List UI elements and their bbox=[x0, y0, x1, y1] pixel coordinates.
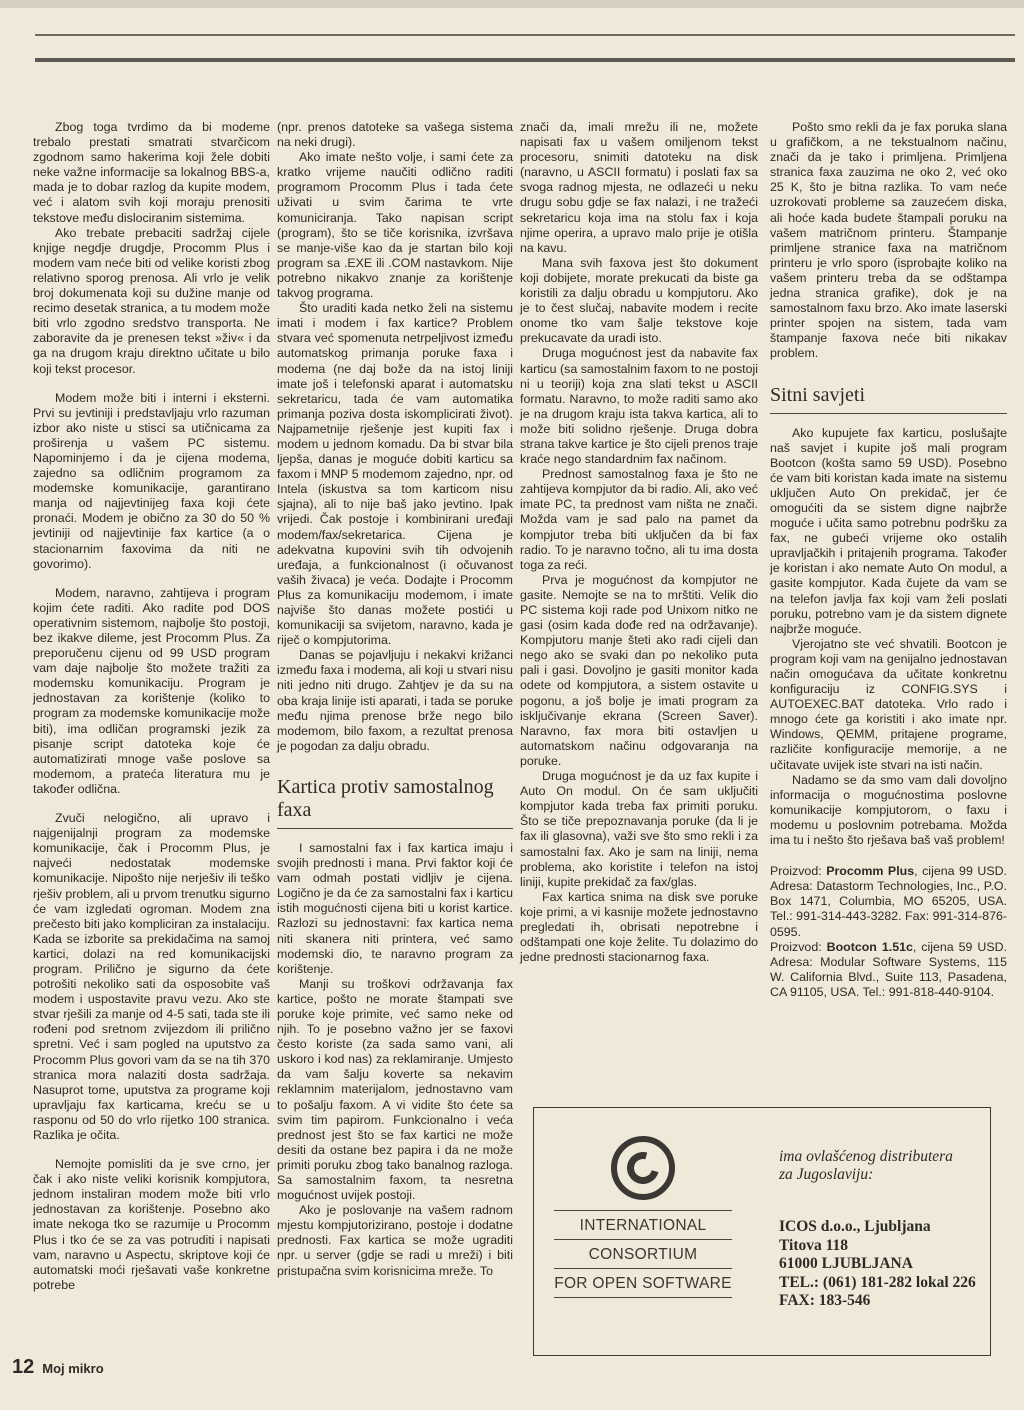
paragraph: Prednost samostalnog faxa je što ne zaht… bbox=[520, 467, 758, 573]
product-spec-procomm: Proizvod: Procomm Plus, cijena 99 USD. A… bbox=[770, 864, 1007, 939]
spec-label: Proizvod: bbox=[770, 864, 826, 878]
paragraph: Modem može biti i interni i eksterni. Pr… bbox=[33, 391, 270, 572]
paragraph: Mana svih faxova jest što dokument koji … bbox=[520, 256, 758, 347]
paragraph: Ako imate nešto volje, i sami ćete za kr… bbox=[277, 150, 513, 301]
paragraph: (npr. prenos datoteke sa vašega sistema … bbox=[277, 120, 513, 150]
address-line: 61000 LJUBLJANA bbox=[779, 1255, 976, 1274]
column-4: Pošto smo rekli da je fax poruka slana u… bbox=[770, 120, 1007, 1000]
paragraph: Fax kartica snima na disk sve poruke koj… bbox=[520, 890, 758, 965]
page-top-band bbox=[0, 0, 1024, 8]
page-footer: 12 Moj mikro bbox=[12, 1356, 104, 1379]
paragraph: Zbog toga tvrdimo da bi modeme trebalo p… bbox=[33, 120, 270, 226]
magazine-name: Moj mikro bbox=[42, 1361, 103, 1376]
address-line: FAX: 183-546 bbox=[779, 1292, 976, 1311]
paragraph: Pošto smo rekli da je fax poruka slana u… bbox=[770, 120, 1007, 362]
paragraph: Ako kupujete fax karticu, poslušajte naš… bbox=[770, 426, 1007, 637]
paragraph: Nemojte pomisliti da je sve crno, jer ča… bbox=[33, 1157, 270, 1293]
logo-line: FOR OPEN SOFTWARE bbox=[554, 1268, 732, 1298]
distributor-info: ima ovlašćenog distributera za Jugoslavi… bbox=[779, 1148, 976, 1311]
paragraph: Manji su troškovi održavanja fax kartice… bbox=[277, 977, 513, 1203]
paragraph: Danas se pojavljuju i nekakvi križanci i… bbox=[277, 648, 513, 754]
advertisement-box: INTERNATIONAL CONSORTIUM FOR OPEN SOFTWA… bbox=[533, 1107, 991, 1356]
product-spec-bootcon: Proizvod: Bootcon 1.51c, cijena 59 USD. … bbox=[770, 940, 1007, 1000]
paragraph: Što uraditi kada netko želi na sistemu i… bbox=[277, 301, 513, 648]
paragraph: Prva je mogućnost da kompjutor ne gasite… bbox=[520, 573, 758, 769]
page-number: 12 bbox=[12, 1356, 34, 1379]
spec-label: Proizvod: bbox=[770, 940, 827, 954]
paragraph: Vjerojatno ste već shvatili. Bootcon je … bbox=[770, 637, 1007, 773]
paragraph: Druga mogućnost je da uz fax kupite i Au… bbox=[520, 769, 758, 890]
paragraph: Nadamo se da smo vam dali dovoljno infor… bbox=[770, 773, 1007, 848]
paragraph: I samostalni fax i fax kartica imaju i s… bbox=[277, 841, 513, 977]
column-3: znači da, imali mrežu ili ne, možete nap… bbox=[520, 120, 758, 965]
paragraph: Ako trebate prebaciti sadržaj cijele knj… bbox=[33, 226, 270, 377]
header-rule-thin bbox=[35, 34, 1015, 36]
section-heading-sitni-savjeti: Sitni savjeti bbox=[770, 384, 1007, 414]
distributor-address: ICOS d.o.o., Ljubljana Titova 118 61000 … bbox=[779, 1218, 976, 1311]
paragraph: Modem, naravno, zahtijeva i program koji… bbox=[33, 586, 270, 797]
paragraph: Druga mogućnost jest da nabavite fax kar… bbox=[520, 346, 758, 467]
column-2: (npr. prenos datoteke sa vašega sistema … bbox=[277, 120, 513, 1279]
consortium-logo-icon bbox=[611, 1136, 675, 1200]
address-line: TEL.: (061) 181-282 lokal 226 bbox=[779, 1274, 976, 1293]
column-1: Zbog toga tvrdimo da bi modeme trebalo p… bbox=[33, 120, 270, 1293]
spec-product: Procomm Plus bbox=[826, 864, 914, 878]
paragraph: znači da, imali mrežu ili ne, možete nap… bbox=[520, 120, 758, 256]
ad-intro-line: za Jugoslaviju: bbox=[779, 1166, 976, 1184]
logo-line: CONSORTIUM bbox=[554, 1239, 732, 1268]
paragraph: Zvuči nelogično, ali upravo i najgenijal… bbox=[33, 811, 270, 1143]
consortium-logo: INTERNATIONAL CONSORTIUM FOR OPEN SOFTWA… bbox=[554, 1136, 732, 1298]
header-rule-thick bbox=[35, 58, 1015, 62]
ad-intro-line: ima ovlašćenog distributera bbox=[779, 1148, 976, 1166]
spec-product: Bootcon 1.51c bbox=[827, 940, 913, 954]
address-line: ICOS d.o.o., Ljubljana bbox=[779, 1218, 976, 1237]
address-line: Titova 118 bbox=[779, 1237, 976, 1256]
paragraph: Ako je poslovanje na vašem radnom mjestu… bbox=[277, 1203, 513, 1278]
section-heading-kartica: Kartica protiv samostalnog faxa bbox=[277, 776, 513, 829]
logo-line: INTERNATIONAL bbox=[554, 1210, 732, 1239]
